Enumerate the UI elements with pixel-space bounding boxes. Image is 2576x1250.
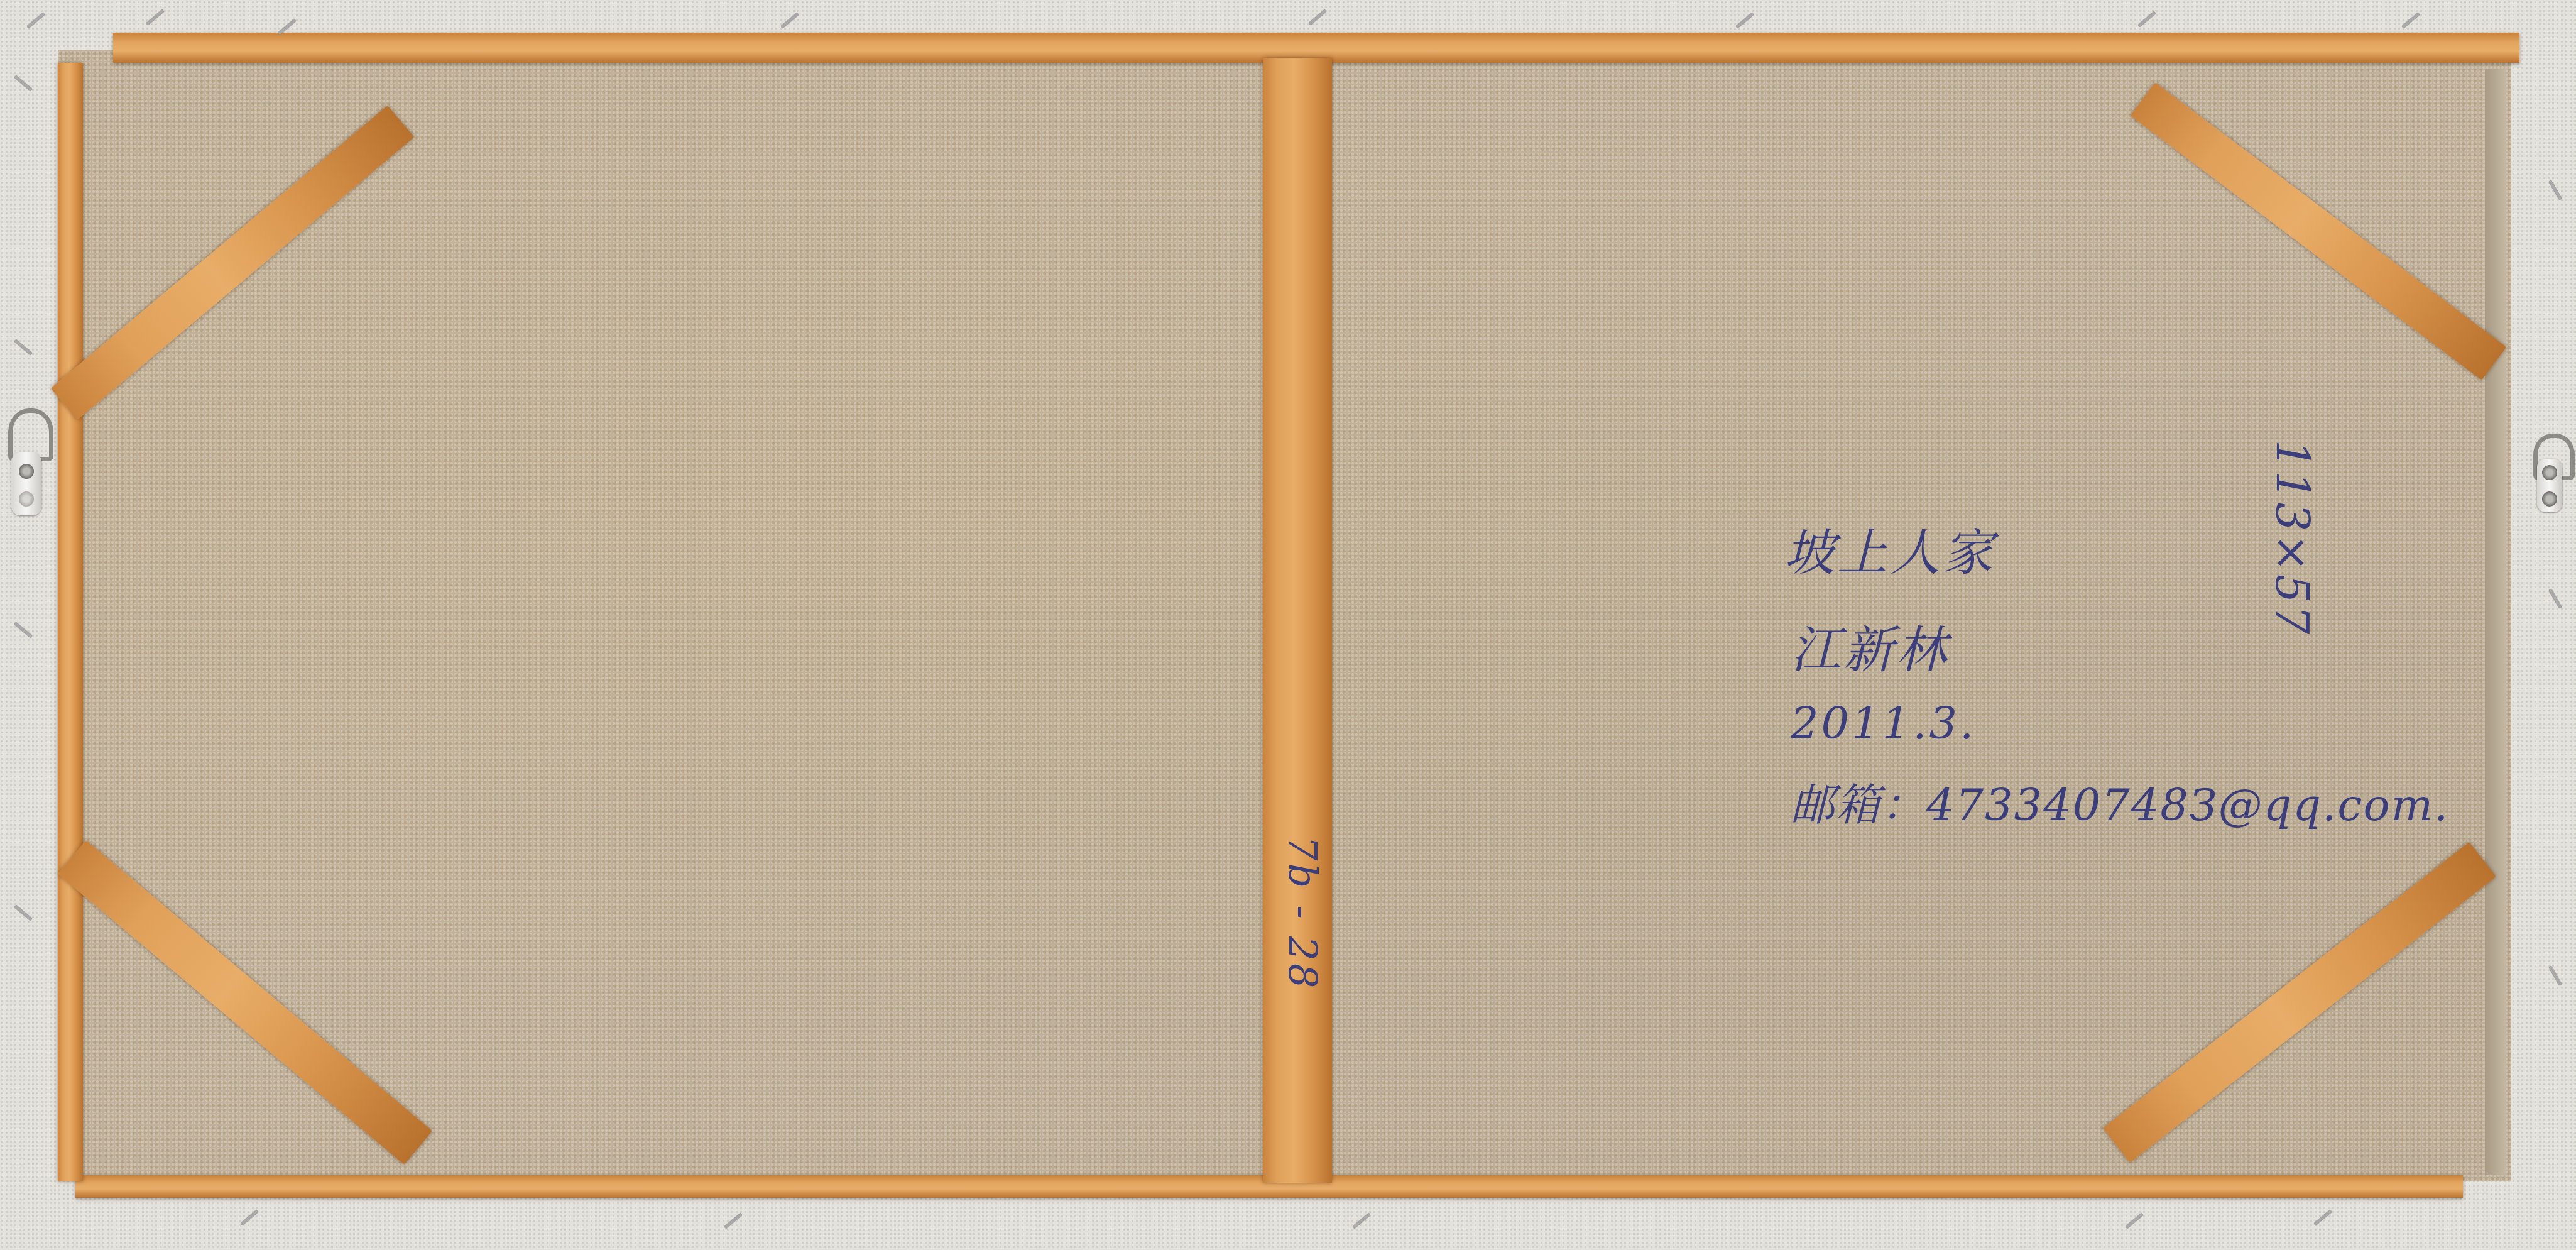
d-ring-hanger-left bbox=[5, 408, 49, 522]
screw-icon bbox=[2542, 491, 2557, 507]
d-ring-hanger-right bbox=[2532, 434, 2570, 515]
stretcher-right-bar bbox=[2485, 69, 2506, 1175]
inscription-email: 邮箱：473340748З@qq.com. bbox=[1791, 770, 2449, 833]
screw-icon bbox=[19, 464, 34, 479]
screw-icon bbox=[2542, 465, 2557, 480]
center-bar-marking: 7b - 28 bbox=[1280, 836, 1326, 990]
screw-icon bbox=[19, 491, 34, 507]
hanger-plate bbox=[2537, 459, 2562, 512]
inscription-date: 2011.3. bbox=[1791, 698, 1976, 749]
hanger-plate bbox=[11, 452, 41, 515]
stretcher-center-bar bbox=[1263, 58, 1332, 1183]
dimensions-note: 113×57 bbox=[2266, 440, 2318, 637]
inscription-artist: 江新林 bbox=[1791, 610, 1949, 682]
stretcher-left-bar bbox=[58, 63, 83, 1181]
inscription-title: 坡上人家 bbox=[1784, 512, 1995, 584]
